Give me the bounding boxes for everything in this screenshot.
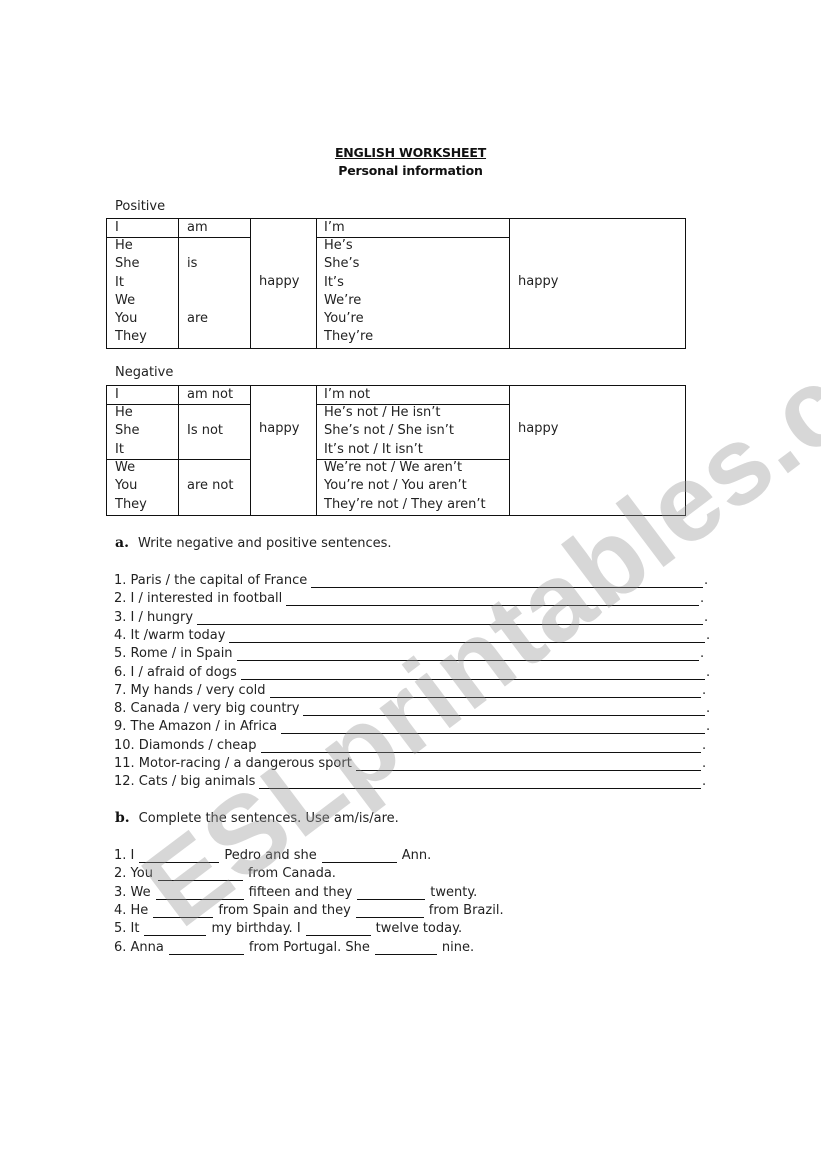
exercise-a-item: 10. Diamonds / cheap. <box>114 735 706 753</box>
answer-line[interactable] <box>237 646 699 661</box>
answer-line[interactable] <box>286 591 699 606</box>
exercise-a-prompt: 8. Canada / very big country <box>114 701 299 716</box>
sentence-fragment: twenty. <box>430 885 477 900</box>
negative-label: Negative <box>115 365 173 380</box>
answer-line[interactable] <box>229 628 705 643</box>
exercise-a-item: 4. It /warm today. <box>114 625 710 643</box>
negative-pronouns-he-she-it: He She It <box>115 404 140 459</box>
sentence-fragment: 5. It <box>114 921 139 936</box>
worksheet-title: ENGLISH WORKSHEET <box>0 145 821 160</box>
exercise-b-instruction: Complete the sentences. Use am/is/are. <box>139 811 399 826</box>
sentence-period: . <box>700 591 704 606</box>
sentence-fragment: 3. We <box>114 885 151 900</box>
sentence-period: . <box>702 774 706 789</box>
sentence-period: . <box>704 573 708 588</box>
exercise-a-prompt: 1. Paris / the capital of France <box>114 573 307 588</box>
exercise-a-item: 5. Rome / in Spain. <box>114 643 704 661</box>
fill-in-blank[interactable] <box>144 921 206 936</box>
answer-line[interactable] <box>197 610 703 625</box>
sentence-fragment: fifteen and they <box>249 885 353 900</box>
positive-shorts-list: He’s She’s It’s We’re You’re They’re <box>324 237 373 347</box>
exercise-a-prompt: 4. It /warm today <box>114 628 225 643</box>
fill-in-blank[interactable] <box>158 866 243 881</box>
answer-line[interactable] <box>241 665 705 680</box>
negative-adjective-left: happy <box>259 420 299 438</box>
exercise-a-prompt: 6. I / afraid of dogs <box>114 665 237 680</box>
positive-verb-am: am <box>187 219 208 237</box>
sentence-fragment: twelve today. <box>376 921 462 936</box>
exercise-a-prompt: 11. Motor-racing / a dangerous sport <box>114 756 352 771</box>
negative-short-im-not: I’m not <box>324 386 370 404</box>
negative-verb-is-not: Is not <box>187 422 223 440</box>
fill-in-blank[interactable] <box>153 903 213 918</box>
positive-label: Positive <box>115 199 165 214</box>
sentence-period: . <box>706 701 710 716</box>
fill-in-blank[interactable] <box>357 885 425 900</box>
exercise-a-prompt: 10. Diamonds / cheap <box>114 738 257 753</box>
sentence-period: . <box>706 628 710 643</box>
answer-line[interactable] <box>261 738 701 753</box>
fill-in-blank[interactable] <box>156 885 244 900</box>
positive-adjective-right: happy <box>518 273 558 291</box>
exercise-b-item: 6. Annafrom Portugal. Shenine. <box>114 937 474 955</box>
sentence-fragment: from Brazil. <box>429 903 504 918</box>
negative-pronoun-i: I <box>115 386 119 404</box>
sentence-period: . <box>702 756 706 771</box>
exercise-b-item: 3. Wefifteen and theytwenty. <box>114 882 477 900</box>
exercise-a-item: 6. I / afraid of dogs. <box>114 662 710 680</box>
answer-line[interactable] <box>259 774 701 789</box>
fill-in-blank[interactable] <box>375 940 437 955</box>
negative-table: I am not I’m not He She It Is not He’s n… <box>106 385 686 516</box>
sentence-fragment: from Spain and they <box>218 903 350 918</box>
exercise-a-item: 12. Cats / big animals. <box>114 771 706 789</box>
exercise-a-prompt: 12. Cats / big animals <box>114 774 255 789</box>
exercise-a-item: 2. I / interested in football. <box>114 588 704 606</box>
exercise-b-item: 1. IPedro and sheAnn. <box>114 845 431 863</box>
exercise-a-prompt: 9. The Amazon / in Africa <box>114 719 277 734</box>
fill-in-blank[interactable] <box>322 848 397 863</box>
positive-pronouns-list: He She It We You They <box>115 237 147 347</box>
positive-verb-is: is <box>187 255 197 273</box>
fill-in-blank[interactable] <box>169 940 244 955</box>
exercise-b-letter: b. <box>115 810 130 826</box>
exercise-a-prompt: 2. I / interested in football <box>114 591 282 606</box>
answer-line[interactable] <box>303 701 705 716</box>
sentence-period: . <box>700 646 704 661</box>
exercise-a-item: 3. I / hungry . <box>114 607 708 625</box>
exercise-a-item: 11. Motor-racing / a dangerous sport. <box>114 753 706 771</box>
sentence-fragment: Ann. <box>402 848 432 863</box>
exercise-a-item: 1. Paris / the capital of France. <box>114 570 708 588</box>
answer-line[interactable] <box>311 573 703 588</box>
exercise-a-instruction: Write negative and positive sentences. <box>138 536 392 551</box>
exercise-b-item: 5. Itmy birthday. Itwelve today. <box>114 918 462 936</box>
positive-short-im: I’m <box>324 219 345 237</box>
sentence-period: . <box>704 610 708 625</box>
exercise-a-prompt: 7. My hands / very cold <box>114 683 266 698</box>
positive-adjective-left: happy <box>259 273 299 291</box>
negative-verb-am-not: am not <box>187 386 233 404</box>
sentence-fragment: 2. You <box>114 866 153 881</box>
exercise-b-item: 4. Hefrom Spain and theyfrom Brazil. <box>114 900 504 918</box>
negative-pronouns-we-you-they: We You They <box>115 459 147 514</box>
exercise-a-item: 9. The Amazon / in Africa. <box>114 716 710 734</box>
sentence-period: . <box>706 719 710 734</box>
answer-line[interactable] <box>281 719 705 734</box>
negative-verb-are-not: are not <box>187 477 233 495</box>
sentence-fragment: from Canada. <box>248 866 336 881</box>
sentence-fragment: Pedro and she <box>224 848 316 863</box>
sentence-fragment: from Portugal. She <box>249 940 370 955</box>
answer-line[interactable] <box>356 756 701 771</box>
fill-in-blank[interactable] <box>139 848 219 863</box>
exercise-a-prompt: 3. I / hungry <box>114 610 193 625</box>
positive-pronoun-i: I <box>115 219 119 237</box>
sentence-fragment: 4. He <box>114 903 148 918</box>
exercise-b-item: 2. Youfrom Canada. <box>114 863 336 881</box>
sentence-period: . <box>702 738 706 753</box>
sentence-fragment: my birthday. I <box>211 921 300 936</box>
fill-in-blank[interactable] <box>306 921 371 936</box>
exercise-a-item: 8. Canada / very big country. <box>114 698 710 716</box>
negative-shorts-we-you-they: We’re not / We aren’t You’re not / You a… <box>324 459 486 514</box>
worksheet-subtitle: Personal information <box>0 163 821 178</box>
exercise-a-prompt: 5. Rome / in Spain <box>114 646 233 661</box>
exercise-a-heading: a.Write negative and positive sentences. <box>115 535 392 551</box>
sentence-fragment: 1. I <box>114 848 134 863</box>
exercise-a-item: 7. My hands / very cold. <box>114 680 706 698</box>
exercise-a-letter: a. <box>115 535 129 551</box>
exercise-b-heading: b.Complete the sentences. Use am/is/are. <box>115 810 399 826</box>
positive-verb-are: are <box>187 310 208 328</box>
sentence-fragment: 6. Anna <box>114 940 164 955</box>
sentence-period: . <box>706 665 710 680</box>
sentence-fragment: nine. <box>442 940 474 955</box>
positive-table: I am I’m He She It We You They is are ha… <box>106 218 686 349</box>
sentence-period: . <box>702 683 706 698</box>
answer-line[interactable] <box>270 683 701 698</box>
negative-shorts-he-she-it: He’s not / He isn’t She’s not / She isn’… <box>324 404 454 459</box>
negative-adjective-right: happy <box>518 420 558 438</box>
fill-in-blank[interactable] <box>356 903 424 918</box>
